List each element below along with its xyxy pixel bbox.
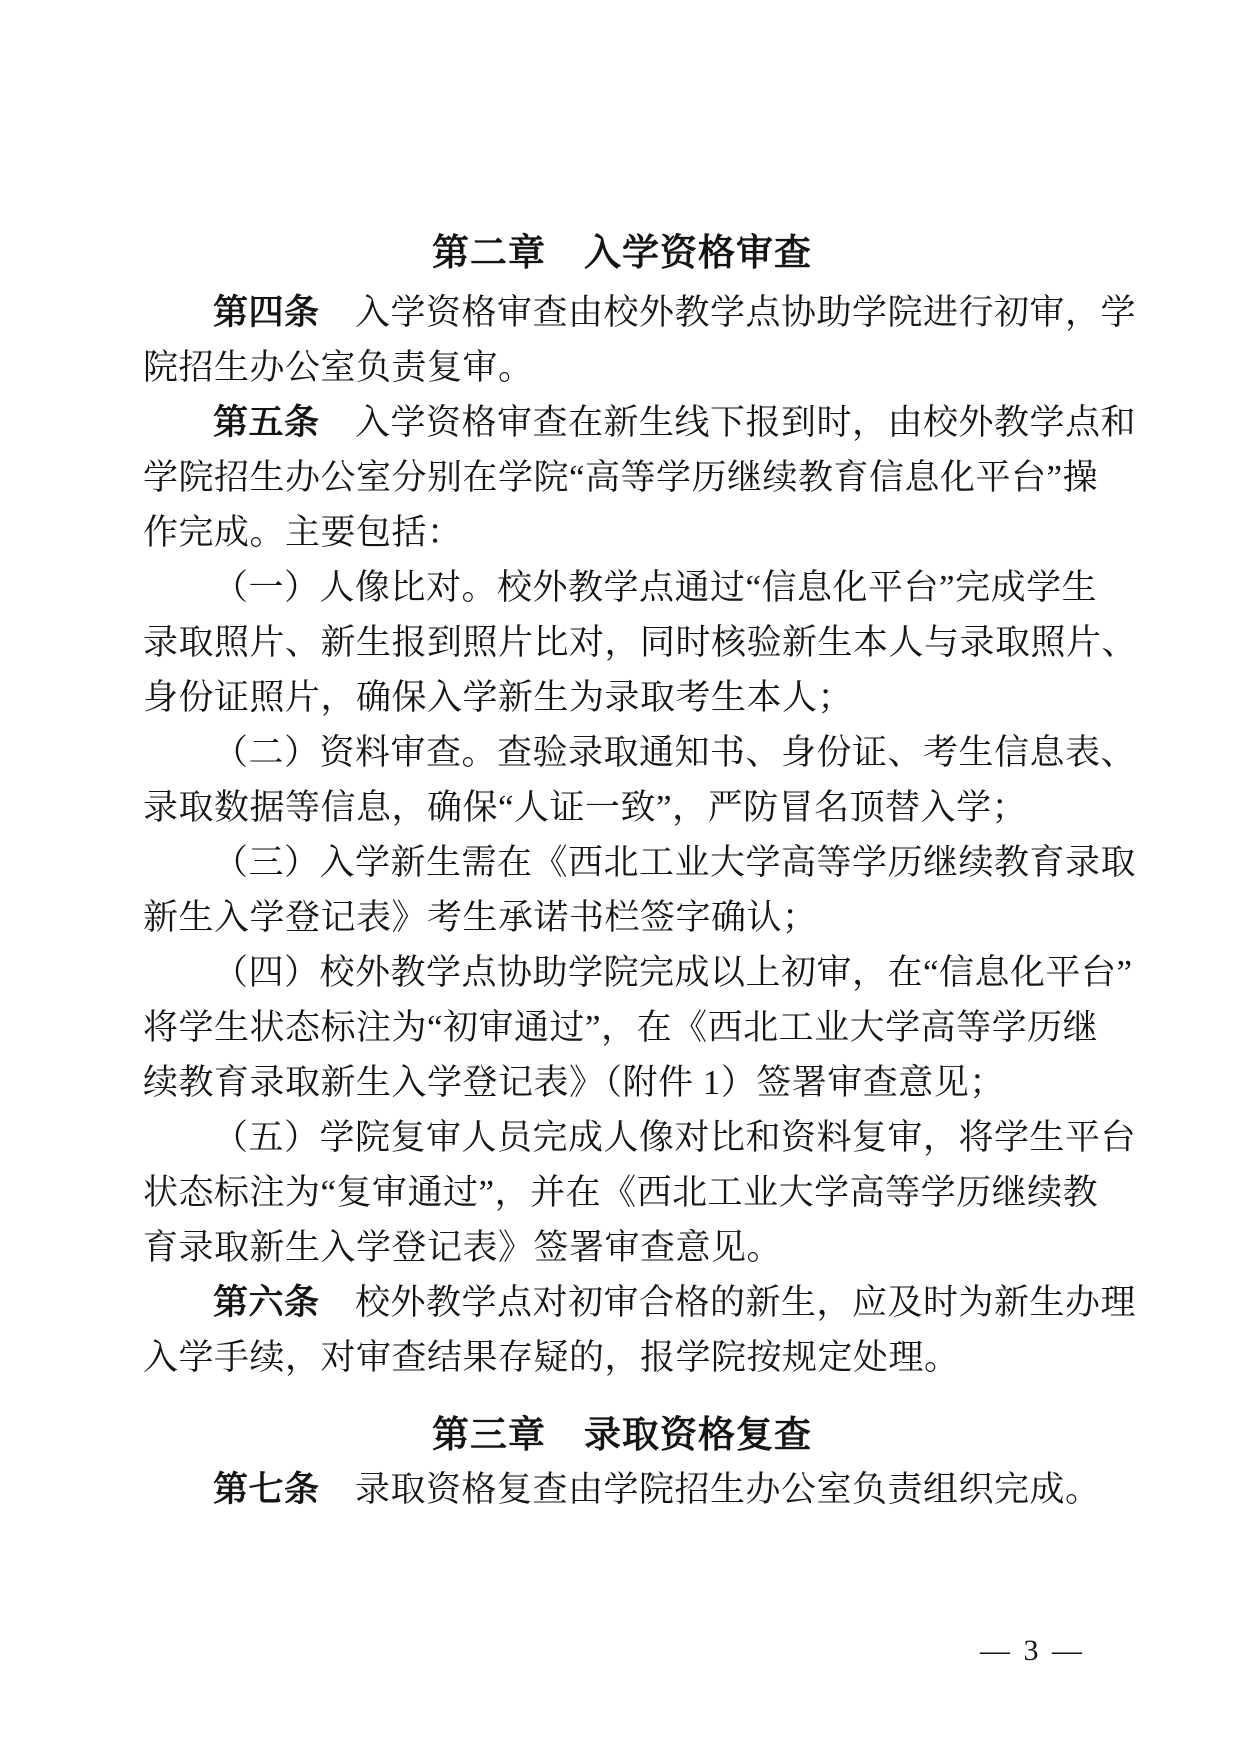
line-text: 新生入学登记表》考生承诺书栏签字确认；: [143, 898, 818, 937]
text-line: （一）人像比对。校外教学点通过“信息化平台”完成学生: [143, 560, 1101, 615]
line-text: （四）校外教学点协助学院完成以上初审，在“信息化平台”: [213, 953, 1133, 992]
line-text: 入学资格审查在新生线下报到时，由校外教学点和: [320, 403, 1137, 442]
chapter-2-heading: 第二章 入学资格审查: [143, 228, 1101, 285]
text-line: 入学手续，对审查结果存疑的，报学院按规定处理。: [143, 1330, 1101, 1385]
line-text: 育录取新生入学登记表》签署审查意见。: [143, 1228, 782, 1267]
chapter-3-heading: 第三章 录取资格复查: [143, 1407, 1101, 1462]
text-line: （四）校外教学点协助学院完成以上初审，在“信息化平台”: [143, 945, 1101, 1000]
text-line: 新生入学登记表》考生承诺书栏签字确认；: [143, 890, 1101, 945]
text-line: 录取照片、新生报到照片比对，同时核验新生本人与录取照片、: [143, 615, 1101, 670]
document-content: 第二章 入学资格审查 第四条 入学资格审查由校外教学点协助学院进行初审，学 院招…: [143, 228, 1101, 1517]
line-text: （三）入学新生需在《西北工业大学高等学历继续教育录取: [213, 843, 1136, 882]
text-line: 第七条 录取资格复查由学院招生办公室负责组织完成。: [143, 1462, 1101, 1517]
line-text: 录取资格复查由学院招生办公室负责组织完成。: [320, 1470, 1101, 1509]
article-label: 第六条: [213, 1283, 320, 1322]
line-text: 院招生办公室负责复审。: [143, 348, 534, 387]
line-text: 校外教学点对初审合格的新生，应及时为新生办理: [320, 1283, 1137, 1322]
text-line: 状态标注为“复审通过”，并在《西北工业大学高等学历继续教: [143, 1165, 1101, 1220]
line-text: （二）资料审查。查验录取通知书、身份证、考生信息表、: [213, 733, 1136, 772]
line-text: 学院招生办公室分别在学院“高等学历继续教育信息化平台”操: [143, 458, 1098, 497]
text-line: 将学生状态标注为“初审通过”，在《西北工业大学高等学历继: [143, 1000, 1101, 1055]
text-line: 录取数据等信息，确保“人证一致”，严防冒名顶替入学；: [143, 780, 1101, 835]
line-text: 录取照片、新生报到照片比对，同时核验新生本人与录取照片、: [143, 623, 1137, 662]
line-text: 录取数据等信息，确保“人证一致”，严防冒名顶替入学；: [143, 788, 1027, 827]
line-text: 状态标注为“复审通过”，并在《西北工业大学高等学历继续教: [143, 1173, 1098, 1212]
line-text: 身份证照片，确保入学新生为录取考生本人；: [143, 678, 853, 717]
text-line: 育录取新生入学登记表》签署审查意见。: [143, 1220, 1101, 1275]
text-line: （五）学院复审人员完成人像对比和资料复审，将学生平台: [143, 1110, 1101, 1165]
text-line: 学院招生办公室分别在学院“高等学历继续教育信息化平台”操: [143, 450, 1101, 505]
line-text: 入学手续，对审查结果存疑的，报学院按规定处理。: [143, 1338, 960, 1377]
line-text: 入学资格审查由校外教学点协助学院进行初审，学: [320, 293, 1137, 332]
text-line: 第六条 校外教学点对初审合格的新生，应及时为新生办理: [143, 1275, 1101, 1330]
line-text: 续教育录取新生入学登记表》（附件 1）签署审查意见；: [143, 1063, 1005, 1102]
line-text: （一）人像比对。校外教学点通过“信息化平台”完成学生: [213, 568, 1097, 607]
text-line: 第五条 入学资格审查在新生线下报到时，由校外教学点和: [143, 395, 1101, 450]
text-line: 第四条 入学资格审查由校外教学点协助学院进行初审，学: [143, 285, 1101, 340]
article-label: 第五条: [213, 403, 320, 442]
article-label: 第七条: [213, 1470, 320, 1509]
text-line: 续教育录取新生入学登记表》（附件 1）签署审查意见；: [143, 1055, 1101, 1110]
page-number: — 3 —: [980, 1634, 1085, 1668]
text-line: 作完成。主要包括：: [143, 505, 1101, 560]
document-page: 第二章 入学资格审查 第四条 入学资格审查由校外教学点协助学院进行初审，学 院招…: [0, 0, 1240, 1754]
text-line: （二）资料审查。查验录取通知书、身份证、考生信息表、: [143, 725, 1101, 780]
text-line: 院招生办公室负责复审。: [143, 340, 1101, 395]
line-text: 将学生状态标注为“初审通过”，在《西北工业大学高等学历继: [143, 1008, 1098, 1047]
line-text: （五）学院复审人员完成人像对比和资料复审，将学生平台: [213, 1118, 1136, 1157]
line-text: 作完成。主要包括：: [143, 513, 463, 552]
text-line: （三）入学新生需在《西北工业大学高等学历继续教育录取: [143, 835, 1101, 890]
text-line: 身份证照片，确保入学新生为录取考生本人；: [143, 670, 1101, 725]
article-label: 第四条: [213, 293, 320, 332]
